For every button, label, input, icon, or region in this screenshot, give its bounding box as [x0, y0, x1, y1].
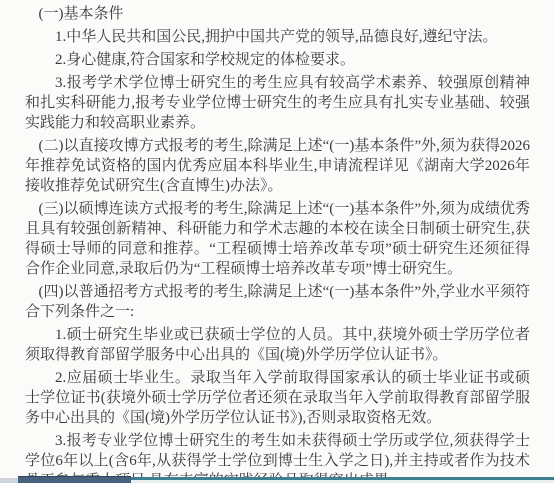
doc-paragraph: (四)以普通招考方式报考的考生,除满足上述“(一)基本条件”外,学业水平须符合下… [25, 282, 530, 322]
doc-paragraph: (一)基本条件 [25, 4, 530, 24]
window-border-line [131, 477, 554, 483]
doc-paragraph: 2.应届硕士毕业生。录取当年入学前取得国家承认的硕士毕业证书或硕士学位证书(获境… [25, 368, 530, 428]
doc-paragraph: 2.身心健康,符合国家和学校规定的体检要求。 [25, 50, 530, 70]
window-corner-sliver [0, 478, 18, 483]
taskbar-sliver [18, 476, 131, 483]
doc-paragraph: 3.报考学术学位博士研究生的考生应具有较高学术素养、较强原创精神和扎实科研能力,… [25, 73, 530, 133]
window-bottom-edge [0, 477, 554, 483]
doc-paragraph: 1.硕士研究生毕业或已获硕士学位的人员。其中,获境外硕士学历学位者须取得教育部留… [25, 325, 530, 365]
doc-paragraph: 1.中华人民共和国公民,拥护中国共产党的领导,品德良好,遵纪守法。 [25, 27, 530, 47]
document-page: (一)基本条件 1.中华人民共和国公民,拥护中国共产党的领导,品德良好,遵纪守法… [0, 0, 554, 483]
doc-paragraph: (三)以硕博连读方式报考的考生,除满足上述“(一)基本条件”外,须为成绩优秀且具… [25, 199, 530, 279]
doc-paragraph: (二)以直接攻博方式报考的考生,除满足上述“(一)基本条件”外,须为获得2026… [25, 136, 530, 196]
